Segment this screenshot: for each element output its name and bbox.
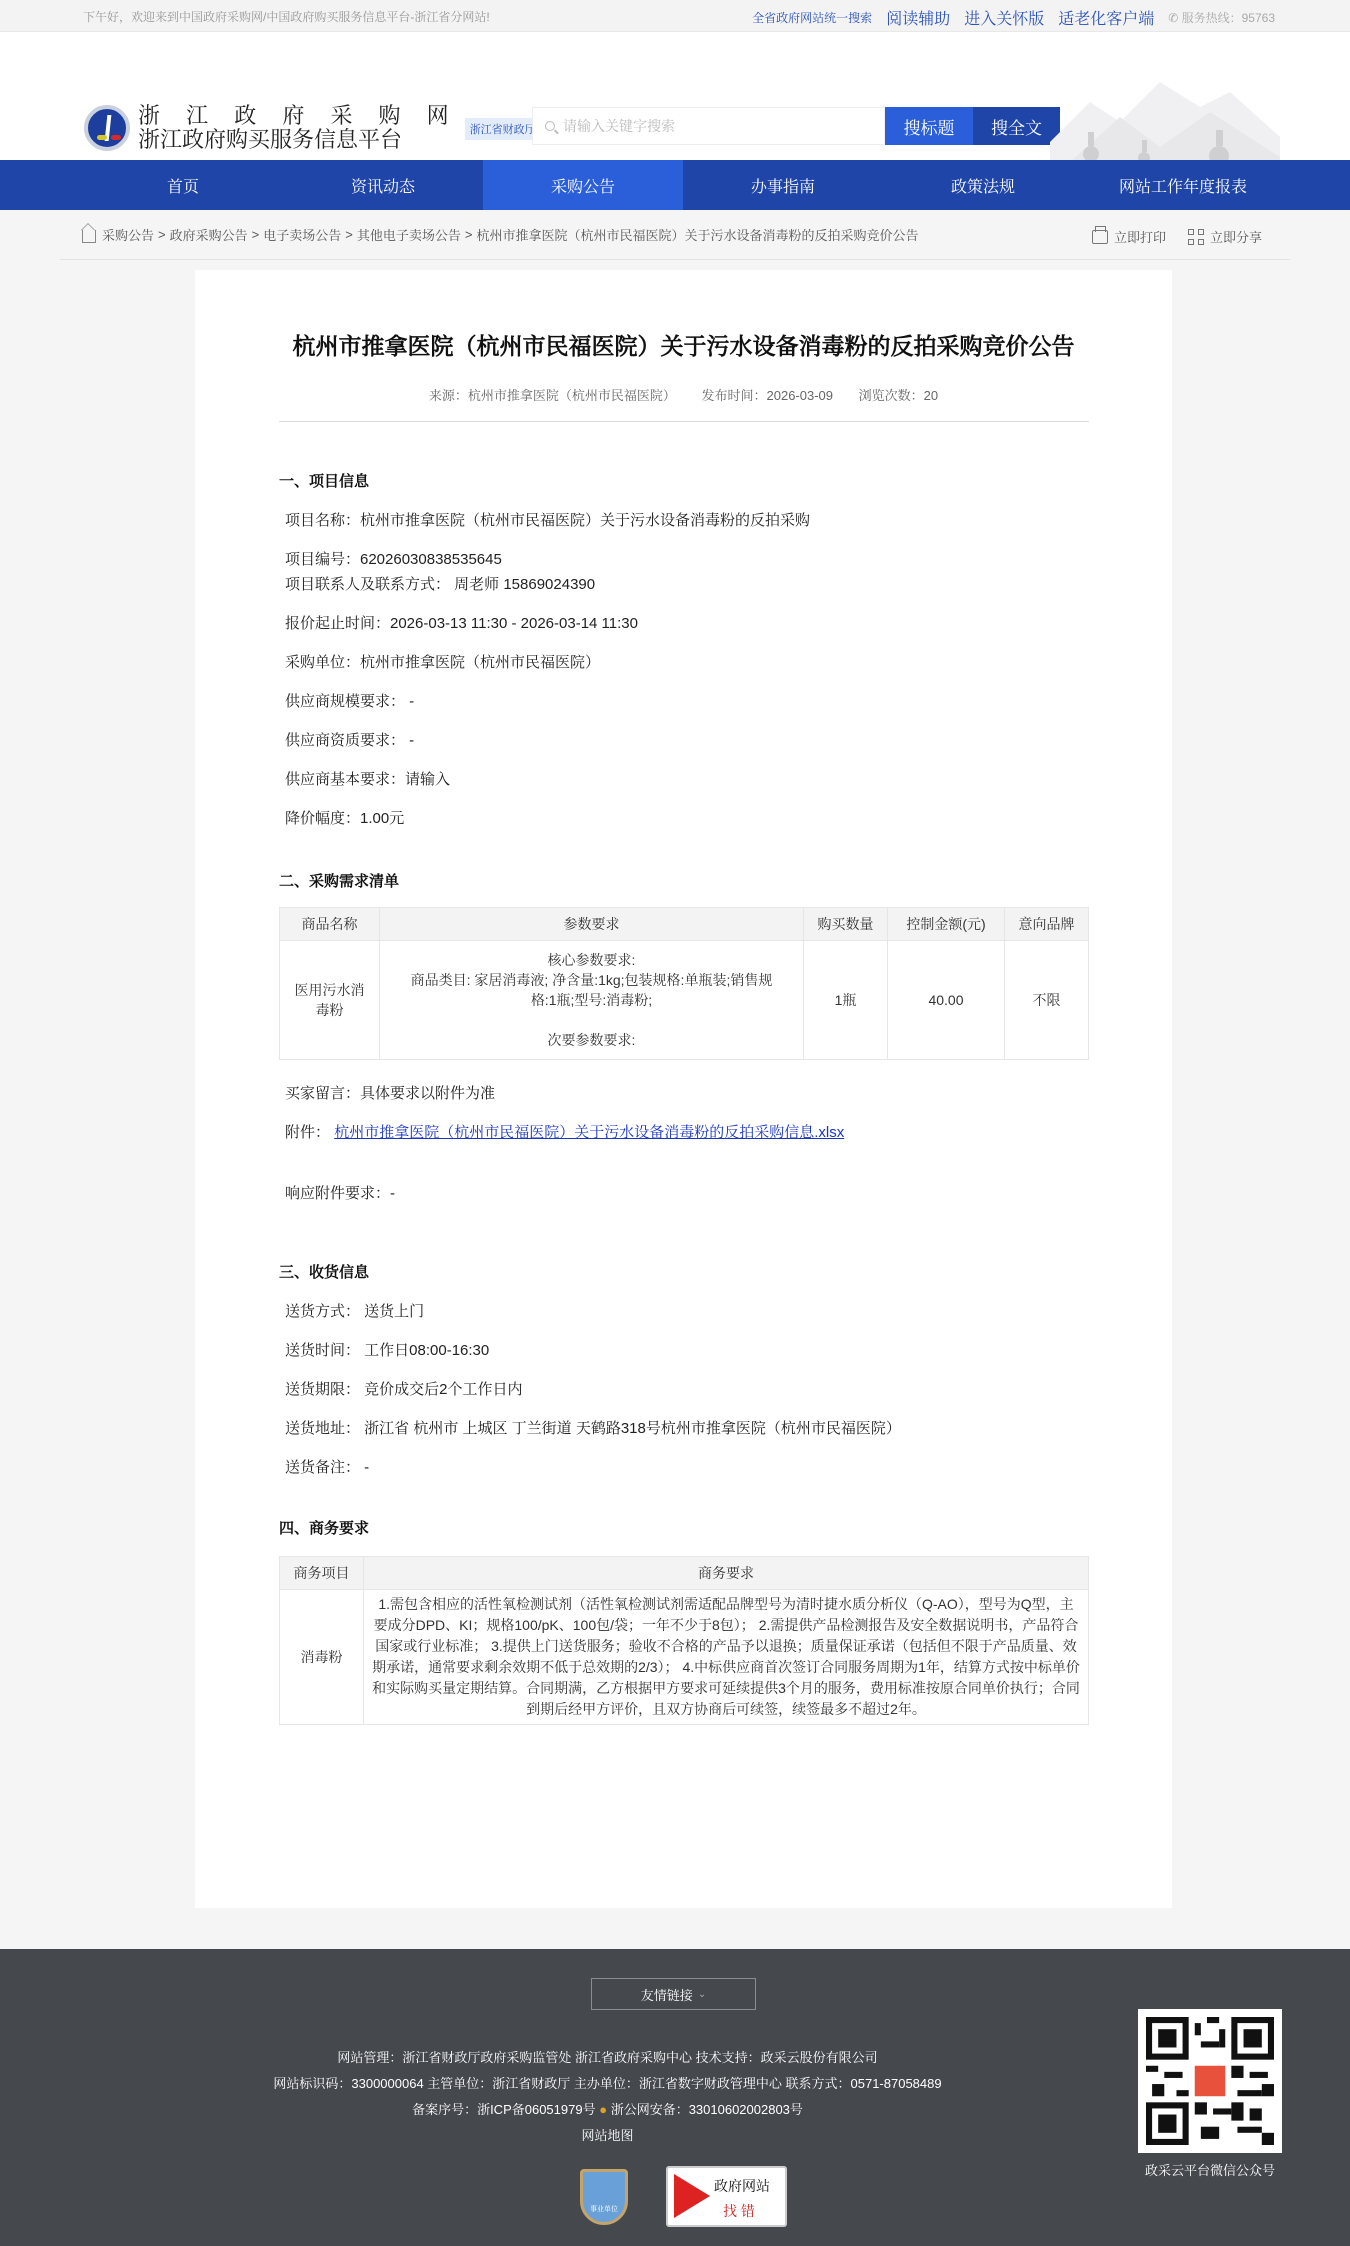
col-header: 意向品牌 (1005, 908, 1089, 941)
supplier-qual-req: 供应商资质要求： - (279, 729, 1088, 750)
search-bar: 请输入关键字搜索 搜标题 搜全文 (532, 107, 1060, 145)
site-name-line1: 浙 江 政 府 采 购 网 (138, 104, 459, 128)
table-row: 医用污水消毒粉 核心参数要求: 商品类目: 家居消毒液; 净含量:1kg;包装规… (280, 941, 1089, 1060)
business-item: 消毒粉 (280, 1590, 364, 1725)
goods-name: 医用污水消毒粉 (280, 941, 380, 1060)
col-header: 控制金额(元) (888, 908, 1005, 941)
scenery-decoration (1050, 62, 1280, 160)
article-publish-date: 发布时间：2026-03-09 (702, 388, 834, 403)
article-source: 来源：杭州市推拿医院（杭州市民福医院） (429, 388, 676, 403)
col-header: 购买数量 (804, 908, 888, 941)
welcome-text: 下午好，欢迎来到中国政府采购网/中国政府购买服务信息平台-浙江省分网站! (83, 8, 490, 25)
col-header: 参数要求 (380, 908, 804, 941)
main-nav: 首页 资讯动态 采购公告 办事指南 政策法规 网站工作年度报表 (0, 160, 1350, 210)
col-header: 商品名称 (280, 908, 380, 941)
breadcrumb-item[interactable]: 采购公告 (102, 225, 154, 244)
magnifier-icon (674, 2174, 710, 2218)
gov-site-error-report-button[interactable]: 政府网站 找 错 (666, 2166, 787, 2227)
public-institution-badge[interactable]: 事业单位 (580, 2169, 628, 2225)
delivery-note: 送货备注： - (279, 1456, 1088, 1477)
search-input[interactable]: 请输入关键字搜索 (532, 107, 885, 145)
purchasing-unit: 采购单位：杭州市推拿医院（杭州市民福医院） (279, 651, 1088, 672)
emblem-icon (84, 105, 130, 151)
quote-period: 报价起止时间：2026-03-13 11:30 - 2026-03-14 11:… (279, 612, 1088, 633)
project-contact: 项目联系人及联系方式： 周老师 15869024390 (279, 573, 1088, 594)
qr-share-icon (1188, 229, 1204, 245)
delivery-method: 送货方式： 送货上门 (279, 1300, 1088, 1321)
project-code: 项目编号：62026030838535645 (279, 548, 1088, 569)
search-placeholder: 请输入关键字搜索 (563, 116, 675, 136)
business-requirement: 1.需包含相应的活性氧检测试剂（活性氧检测试剂需适配品牌型号为清时捷水质分析仪（… (364, 1590, 1089, 1725)
breadcrumb-current: 杭州市推拿医院（杭州市民福医院）关于污水设备消毒粉的反拍采购竞价公告 (476, 225, 918, 244)
qr-icon (1146, 2017, 1274, 2145)
section-demand-list: 二、采购需求清单 (279, 870, 1088, 891)
section-delivery-info: 三、收货信息 (279, 1261, 1088, 1282)
nav-policy[interactable]: 政策法规 (883, 160, 1083, 210)
icp-link[interactable]: 备案序号：浙ICP备06051979号 (412, 2102, 596, 2117)
nav-guide[interactable]: 办事指南 (683, 160, 883, 210)
brand: 不限 (1005, 941, 1089, 1060)
project-name: 项目名称：杭州市推拿医院（杭州市民福医院）关于污水设备消毒粉的反拍采购 (279, 509, 1088, 530)
nav-news[interactable]: 资讯动态 (283, 160, 483, 210)
footer-icp: 备案序号：浙ICP备06051979号 ● 浙公网安备：330106020028… (0, 2097, 1215, 2123)
attachment-link[interactable]: 杭州市推拿医院（杭州市民福医院）关于污水设备消毒粉的反拍采购信息.xlsx (334, 1124, 844, 1141)
col-header: 商务要求 (364, 1557, 1089, 1590)
province-search-link[interactable]: 全省政府网站统一搜索 (752, 9, 872, 26)
reading-assist-link[interactable]: 阅读辅助 (886, 6, 950, 29)
breadcrumb-item[interactable]: 电子卖场公告 (263, 225, 341, 244)
footer-info: 网站管理：浙江省财政厅政府采购监管处 浙江省政府采购中心 技术支持：政采云股份有… (0, 2045, 1215, 2149)
nav-procurement[interactable]: 采购公告 (483, 160, 683, 210)
print-button[interactable]: 立即打印 (1092, 227, 1166, 246)
breadcrumb: 采购公告> 政府采购公告> 电子卖场公告> 其他电子卖场公告> 杭州市推拿医院（… (60, 210, 1290, 260)
section-project-info: 一、项目信息 (279, 470, 1088, 491)
search-fulltext-button[interactable]: 搜全文 (973, 107, 1060, 145)
col-header: 商务项目 (280, 1557, 364, 1590)
chevron-down-icon: ⌄ (698, 1989, 706, 2000)
delivery-time: 送货时间： 工作日08:00-16:30 (279, 1339, 1088, 1360)
qr-label: 政采云平台微信公众号 (1130, 2160, 1290, 2179)
core-params: 商品类目: 家居消毒液; 净含量:1kg;包装规格:单瓶装;销售规格:1瓶;型号… (410, 970, 773, 1010)
supplier-basic-req: 供应商基本要求：请输入 (279, 768, 1088, 789)
buyer-message: 买家留言：具体要求以附件为准 (279, 1082, 1088, 1103)
section-business-req: 四、商务要求 (279, 1517, 1088, 1538)
breadcrumb-item[interactable]: 政府采购公告 (170, 225, 248, 244)
friendly-links-dropdown[interactable]: 友情链接⌄ (591, 1978, 756, 2010)
supplier-scale-req: 供应商规模要求： - (279, 690, 1088, 711)
zc-line2: 找 错 (723, 2201, 755, 2221)
top-bar: 下午好，欢迎来到中国政府采购网/中国政府购买服务信息平台-浙江省分网站! 全省政… (0, 0, 1350, 32)
search-icon (545, 121, 555, 131)
print-label: 立即打印 (1114, 227, 1166, 246)
public-security-link[interactable]: 浙公网安备：33010602002803号 (611, 2102, 803, 2117)
sitemap-link[interactable]: 网站地图 (0, 2123, 1215, 2149)
article-card: 杭州市推拿医院（杭州市民福医院）关于污水设备消毒粉的反拍采购竞价公告 来源：杭州… (195, 270, 1172, 1908)
elderly-client-link[interactable]: 适老化客户端 (1058, 6, 1154, 29)
share-label: 立即分享 (1210, 227, 1262, 246)
breadcrumb-item[interactable]: 其他电子卖场公告 (357, 225, 461, 244)
article-meta: 来源：杭州市推拿医院（杭州市民福医院） 发布时间：2026-03-09 浏览次数… (195, 385, 1172, 404)
quantity: 1瓶 (804, 941, 888, 1060)
footer: 友情链接⌄ 网站管理：浙江省财政厅政府采购监管处 浙江省政府采购中心 技术支持：… (0, 1949, 1350, 2246)
business-table: 商务项目 商务要求 消毒粉 1.需包含相应的活性氧检测试剂（活性氧检测试剂需适配… (279, 1556, 1089, 1725)
footer-identifier: 网站标识码：3300000064 主管单位：浙江省财政厅 主办单位：浙江省数字财… (0, 2071, 1215, 2097)
attachment-label: 附件： (285, 1124, 330, 1141)
divider (279, 421, 1089, 422)
dept-badge: 浙江省财政厅 (465, 118, 541, 140)
response-attach-req: 响应附件要求：- (279, 1182, 1088, 1203)
delivery-limit: 送货期限： 竞价成交后2个工作日内 (279, 1378, 1088, 1399)
control-amount: 40.00 (888, 941, 1005, 1060)
header: 浙 江 政 府 采 购 网 浙江政府购买服务信息平台 浙江省财政厅 请输入关键字… (0, 32, 1350, 160)
search-title-button[interactable]: 搜标题 (885, 107, 973, 145)
delivery-address: 送货地址： 浙江省 杭州市 上城区 丁兰街道 天鹤路318号杭州市推拿医院（杭州… (279, 1417, 1088, 1438)
table-row: 消毒粉 1.需包含相应的活性氧检测试剂（活性氧检测试剂需适配品牌型号为清时捷水质… (280, 1590, 1089, 1725)
police-badge-icon: ● (599, 2102, 607, 2117)
article-title: 杭州市推拿医院（杭州市民福医院）关于污水设备消毒粉的反拍采购竞价公告 (284, 332, 1084, 361)
core-params-title: 核心参数要求: (410, 950, 773, 970)
hotline-text: 服务热线：95763 (1182, 11, 1275, 25)
price-decrement: 降价幅度：1.00元 (279, 807, 1088, 828)
site-name-line2: 浙江政府购买服务信息平台 (138, 128, 459, 152)
demand-table: 商品名称 参数要求 购买数量 控制金额(元) 意向品牌 医用污水消毒粉 核心参数… (279, 907, 1089, 1060)
home-icon[interactable] (82, 230, 96, 243)
friendly-links-label: 友情链接 (641, 1985, 693, 2004)
zc-line1: 政府网站 (714, 2176, 770, 2196)
printer-icon (1092, 230, 1108, 244)
article-view-count: 浏览次数：20 (859, 388, 938, 403)
phone-icon: ✆ (1168, 11, 1181, 25)
footer-management: 网站管理：浙江省财政厅政府采购监管处 浙江省政府采购中心 技术支持：政采云股份有… (0, 2045, 1215, 2071)
nav-annual-report[interactable]: 网站工作年度报表 (1083, 160, 1283, 210)
site-logo[interactable]: 浙 江 政 府 采 购 网 浙江政府购买服务信息平台 浙江省财政厅 (84, 104, 541, 152)
nav-home[interactable]: 首页 (83, 160, 283, 210)
attachment-row: 附件： 杭州市推拿医院（杭州市民福医院）关于污水设备消毒粉的反拍采购信息.xls… (279, 1121, 1088, 1142)
minor-params-title: 次要参数要求: (410, 1030, 773, 1050)
hotline: ✆ 服务热线：95763 (1168, 9, 1275, 26)
wechat-qr-code (1138, 2009, 1282, 2153)
care-version-link[interactable]: 进入关怀版 (964, 6, 1044, 29)
share-button[interactable]: 立即分享 (1188, 227, 1262, 246)
